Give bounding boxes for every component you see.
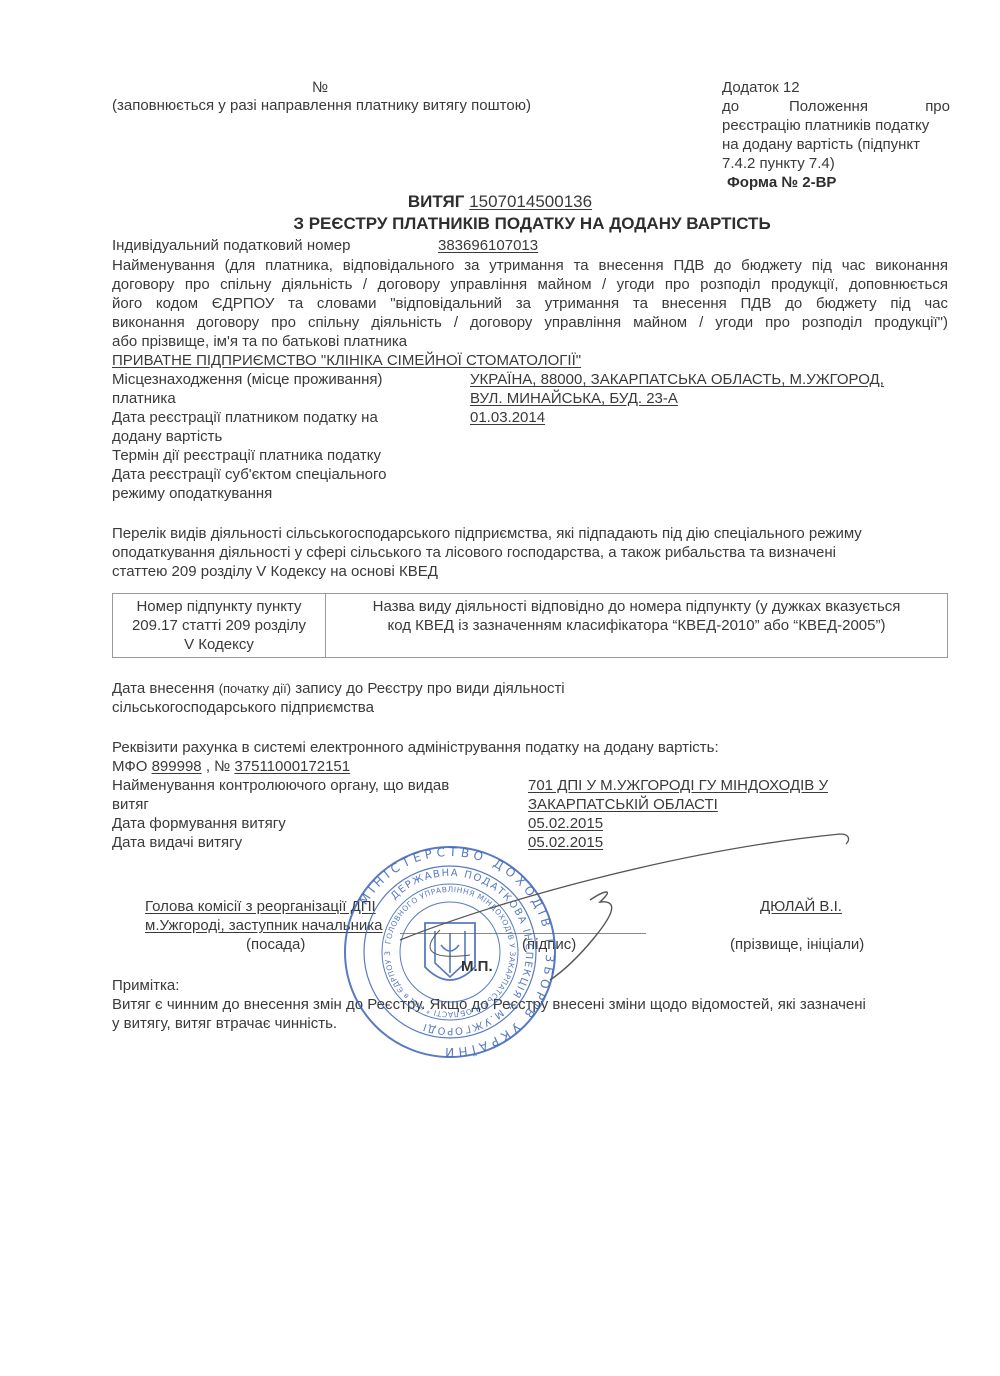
term-label: Термін дії реєстрації платника податку xyxy=(112,446,381,465)
table-header-subparagraph: Номер підпункту пункту 209.17 статті 209… xyxy=(113,594,326,658)
location-value: ВУЛ. МИНАЙСЬКА, БУД. 23-А xyxy=(470,389,678,408)
account-details: МФО 899998 , № 37511000172151 xyxy=(112,757,350,776)
form-number: Форма № 2-ВР xyxy=(727,173,836,192)
formed-date-label: Дата формування витягу xyxy=(112,814,286,833)
location-value: УКРАЇНА, 88000, ЗАКАРПАТСЬКА ОБЛАСТЬ, М.… xyxy=(470,370,884,389)
entry-date-label: Дата внесення (початку дії) запису до Ре… xyxy=(112,679,565,698)
separator: , № xyxy=(206,758,230,775)
entry-date-label: сільськогосподарського підприємства xyxy=(112,698,374,717)
seal-label: М.П. xyxy=(461,958,493,975)
activities-intro: Перелік видів діяльності сільськогоспода… xyxy=(112,524,862,543)
appendix-word: Положення xyxy=(789,97,868,116)
number-label: № xyxy=(312,78,328,97)
appendix-word: до xyxy=(722,98,739,115)
table-header-activity: Назва виду діяльності відповідно до номе… xyxy=(326,594,948,658)
cell-line: V Кодексу xyxy=(117,635,321,654)
appendix-line: до Положення про xyxy=(722,97,950,116)
account-label: Реквізити рахунка в системі електронного… xyxy=(112,738,719,757)
activities-intro: статтею 209 розділу V Кодексу на основі … xyxy=(112,562,438,581)
cell-line: код КВЕД із зазначенням класифікатора “К… xyxy=(330,616,943,635)
cell-line: Номер підпункту пункту xyxy=(117,597,321,616)
official-stamp-icon: МІНІСТЕРСТВО ДОХОДІВ І ЗБОРІВ УКРАЇНИ ДЕ… xyxy=(343,845,557,1059)
authority-value: ЗАКАРПАТСЬКІЙ ОБЛАСТІ xyxy=(528,795,718,814)
table-row: Номер підпункту пункту 209.17 статті 209… xyxy=(113,594,948,658)
authority-label: витяг xyxy=(112,795,149,814)
appendix-line: 7.4.2 пункту 7.4) xyxy=(722,154,835,173)
cell-line: 209.17 статті 209 розділу xyxy=(117,616,321,635)
extract-number: 1507014500136 xyxy=(469,192,592,211)
kved-table: Номер підпункту пункту 209.17 статті 209… xyxy=(112,593,948,658)
signer-name: ДЮЛАЙ В.І. xyxy=(760,897,842,916)
name-caption: (прізвище, ініціали) xyxy=(730,935,864,954)
text: Дата внесення xyxy=(112,680,219,697)
reg-date-value: 01.03.2014 xyxy=(470,408,545,427)
special-regime-label: режиму оподаткування xyxy=(112,484,272,503)
company-name: ПРИВАТНЕ ПІДПРИЄМСТВО "КЛІНІКА СІМЕЙНОЇ … xyxy=(112,351,581,370)
note-label: Примітка: xyxy=(112,976,179,995)
name-desc-line: або прізвище, ім'я та по батькові платни… xyxy=(112,332,407,351)
authority-value: 701 ДПІ У М.УЖГОРОДІ ГУ МІНДОХОДІВ У xyxy=(528,776,828,795)
mfo-label: МФО xyxy=(112,758,147,775)
ipn-label: Індивідуальний податковий номер xyxy=(112,236,350,255)
formed-date-value: 05.02.2015 xyxy=(528,814,603,833)
appendix-line: Додаток 12 xyxy=(722,78,800,97)
text: запису до Реєстру про види діяльності xyxy=(291,680,565,697)
text: (початку дії) xyxy=(219,681,291,696)
account-number: 37511000172151 xyxy=(234,758,350,775)
note-text: у витягу, витяг втрачає чинність. xyxy=(112,1014,337,1033)
ipn-value: 383696107013 xyxy=(438,236,538,255)
mail-note: (заповнюється у разі направлення платник… xyxy=(112,96,531,115)
reg-date-label: додану вартість xyxy=(112,427,222,446)
location-label: платника xyxy=(112,389,176,408)
mfo-value: 899998 xyxy=(152,758,202,775)
location-label: Місцезнаходження (місце проживання) xyxy=(112,370,383,389)
name-desc-line: його кодом ЄДРПОУ та словами "відповідал… xyxy=(112,294,948,313)
activities-intro: оподаткування діяльності у сфері сільськ… xyxy=(112,543,836,562)
name-desc-line: договору про спільну діяльність / догово… xyxy=(112,275,948,294)
document-subtitle: З РЕЄСТРУ ПЛАТНИКІВ ПОДАТКУ НА ДОДАНУ ВА… xyxy=(0,213,1000,235)
appendix-line: на додану вартість (підпункт xyxy=(722,135,920,154)
document-title: ВИТЯГ 1507014500136 xyxy=(0,192,1000,212)
position-caption: (посада) xyxy=(246,935,305,954)
name-desc-line: виконання договору про спільну діяльніст… xyxy=(112,313,948,332)
appendix-line: реєстрацію платників податку xyxy=(722,116,929,135)
signer-position: Голова комісії з реорганізації ДПІ xyxy=(145,897,376,916)
special-regime-label: Дата реєстрації суб'єктом спеціального xyxy=(112,465,386,484)
cell-line: Назва виду діяльності відповідно до номе… xyxy=(330,597,943,616)
issued-date-label: Дата видачі витягу xyxy=(112,833,242,852)
title-label: ВИТЯГ xyxy=(408,192,465,211)
appendix-word: про xyxy=(925,97,950,116)
name-desc-line: Найменування (для платника, відповідальн… xyxy=(112,256,948,275)
reg-date-label: Дата реєстрації платником податку на xyxy=(112,408,378,427)
authority-label: Найменування контролюючого органу, що ви… xyxy=(112,776,449,795)
